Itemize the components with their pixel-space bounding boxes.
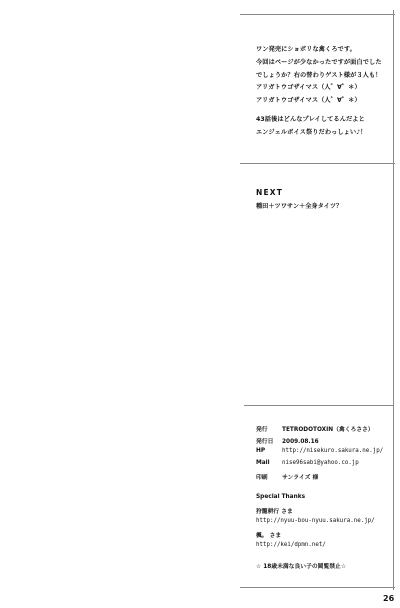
colophon-value: TETRODOTOXIN（禽くろささ） [282, 427, 374, 433]
colophon-row: Mailnise96sabi@yahoo.co.jp [256, 460, 359, 466]
next-body: 種田＋ツワサン＋全身タイツ？ [256, 201, 342, 210]
colophon-key: HP [256, 448, 282, 454]
afterword-line: 今回はページが少なかったですが面白でした [256, 57, 382, 70]
afterword-line: でしょうか？右の替わりゲスト様が３人も！ [256, 70, 382, 83]
special-thanks-link[interactable]: http://nyuu-bou-nyuu.sakura.ne.jp/ [256, 518, 375, 524]
page-number: 26 [383, 594, 394, 603]
afterword-line: ワン発売にショボリな禽くろです。 [256, 44, 382, 57]
special-thanks-line: 狩籠耕行 さま [256, 506, 293, 515]
afterword-line: 43話後はどんなプレイしてるんだよと [256, 114, 382, 127]
bottom-rule [240, 587, 395, 588]
colophon-key: 印刷 [256, 472, 282, 481]
colophon-value: サンライズ 様 [282, 475, 318, 481]
afterword-line: アリガトウゴザイマス（人゜∀゜＊） [256, 95, 382, 108]
middle-rule [240, 163, 395, 164]
colophon-row: 発行日2009.08.16 [256, 436, 319, 445]
top-rule [240, 14, 395, 15]
colophon-rule [244, 405, 394, 406]
special-thanks-title: Special Thanks [256, 494, 305, 500]
afterword-message: ワン発売にショボリな禽くろです。 今回はページが少なかったですが面白でした でし… [256, 44, 382, 140]
colophon-row: 発行TETRODOTOXIN（禽くろささ） [256, 424, 374, 433]
colophon-key: 発行 [256, 424, 282, 433]
age-notice: ☆ 18歳未満な良い子の閲覧禁止☆ [256, 561, 346, 570]
colophon-value: 2009.08.16 [282, 439, 319, 445]
afterword-line: エンジェルボイス祭りだわっしょい♪！ [256, 127, 382, 140]
colophon-row: 印刷サンライズ 様 [256, 472, 318, 481]
afterword-line: アリガトウゴザイマス（人゜∀゜＊） [256, 82, 382, 95]
mail-link[interactable]: nise96sabi@yahoo.co.jp [282, 460, 359, 466]
special-thanks-line: 楓。 さま [256, 530, 281, 539]
special-thanks-link[interactable]: http://kei/dpmn.net/ [256, 542, 326, 548]
colophon-key: Mail [256, 460, 282, 466]
next-title: NEXT [256, 188, 283, 197]
colophon-row: HPhttp://nisekuro.sakura.ne.jp/ [256, 448, 383, 454]
homepage-link[interactable]: http://nisekuro.sakura.ne.jp/ [282, 448, 383, 454]
colophon-key: 発行日 [256, 436, 282, 445]
right-rule [393, 10, 394, 590]
